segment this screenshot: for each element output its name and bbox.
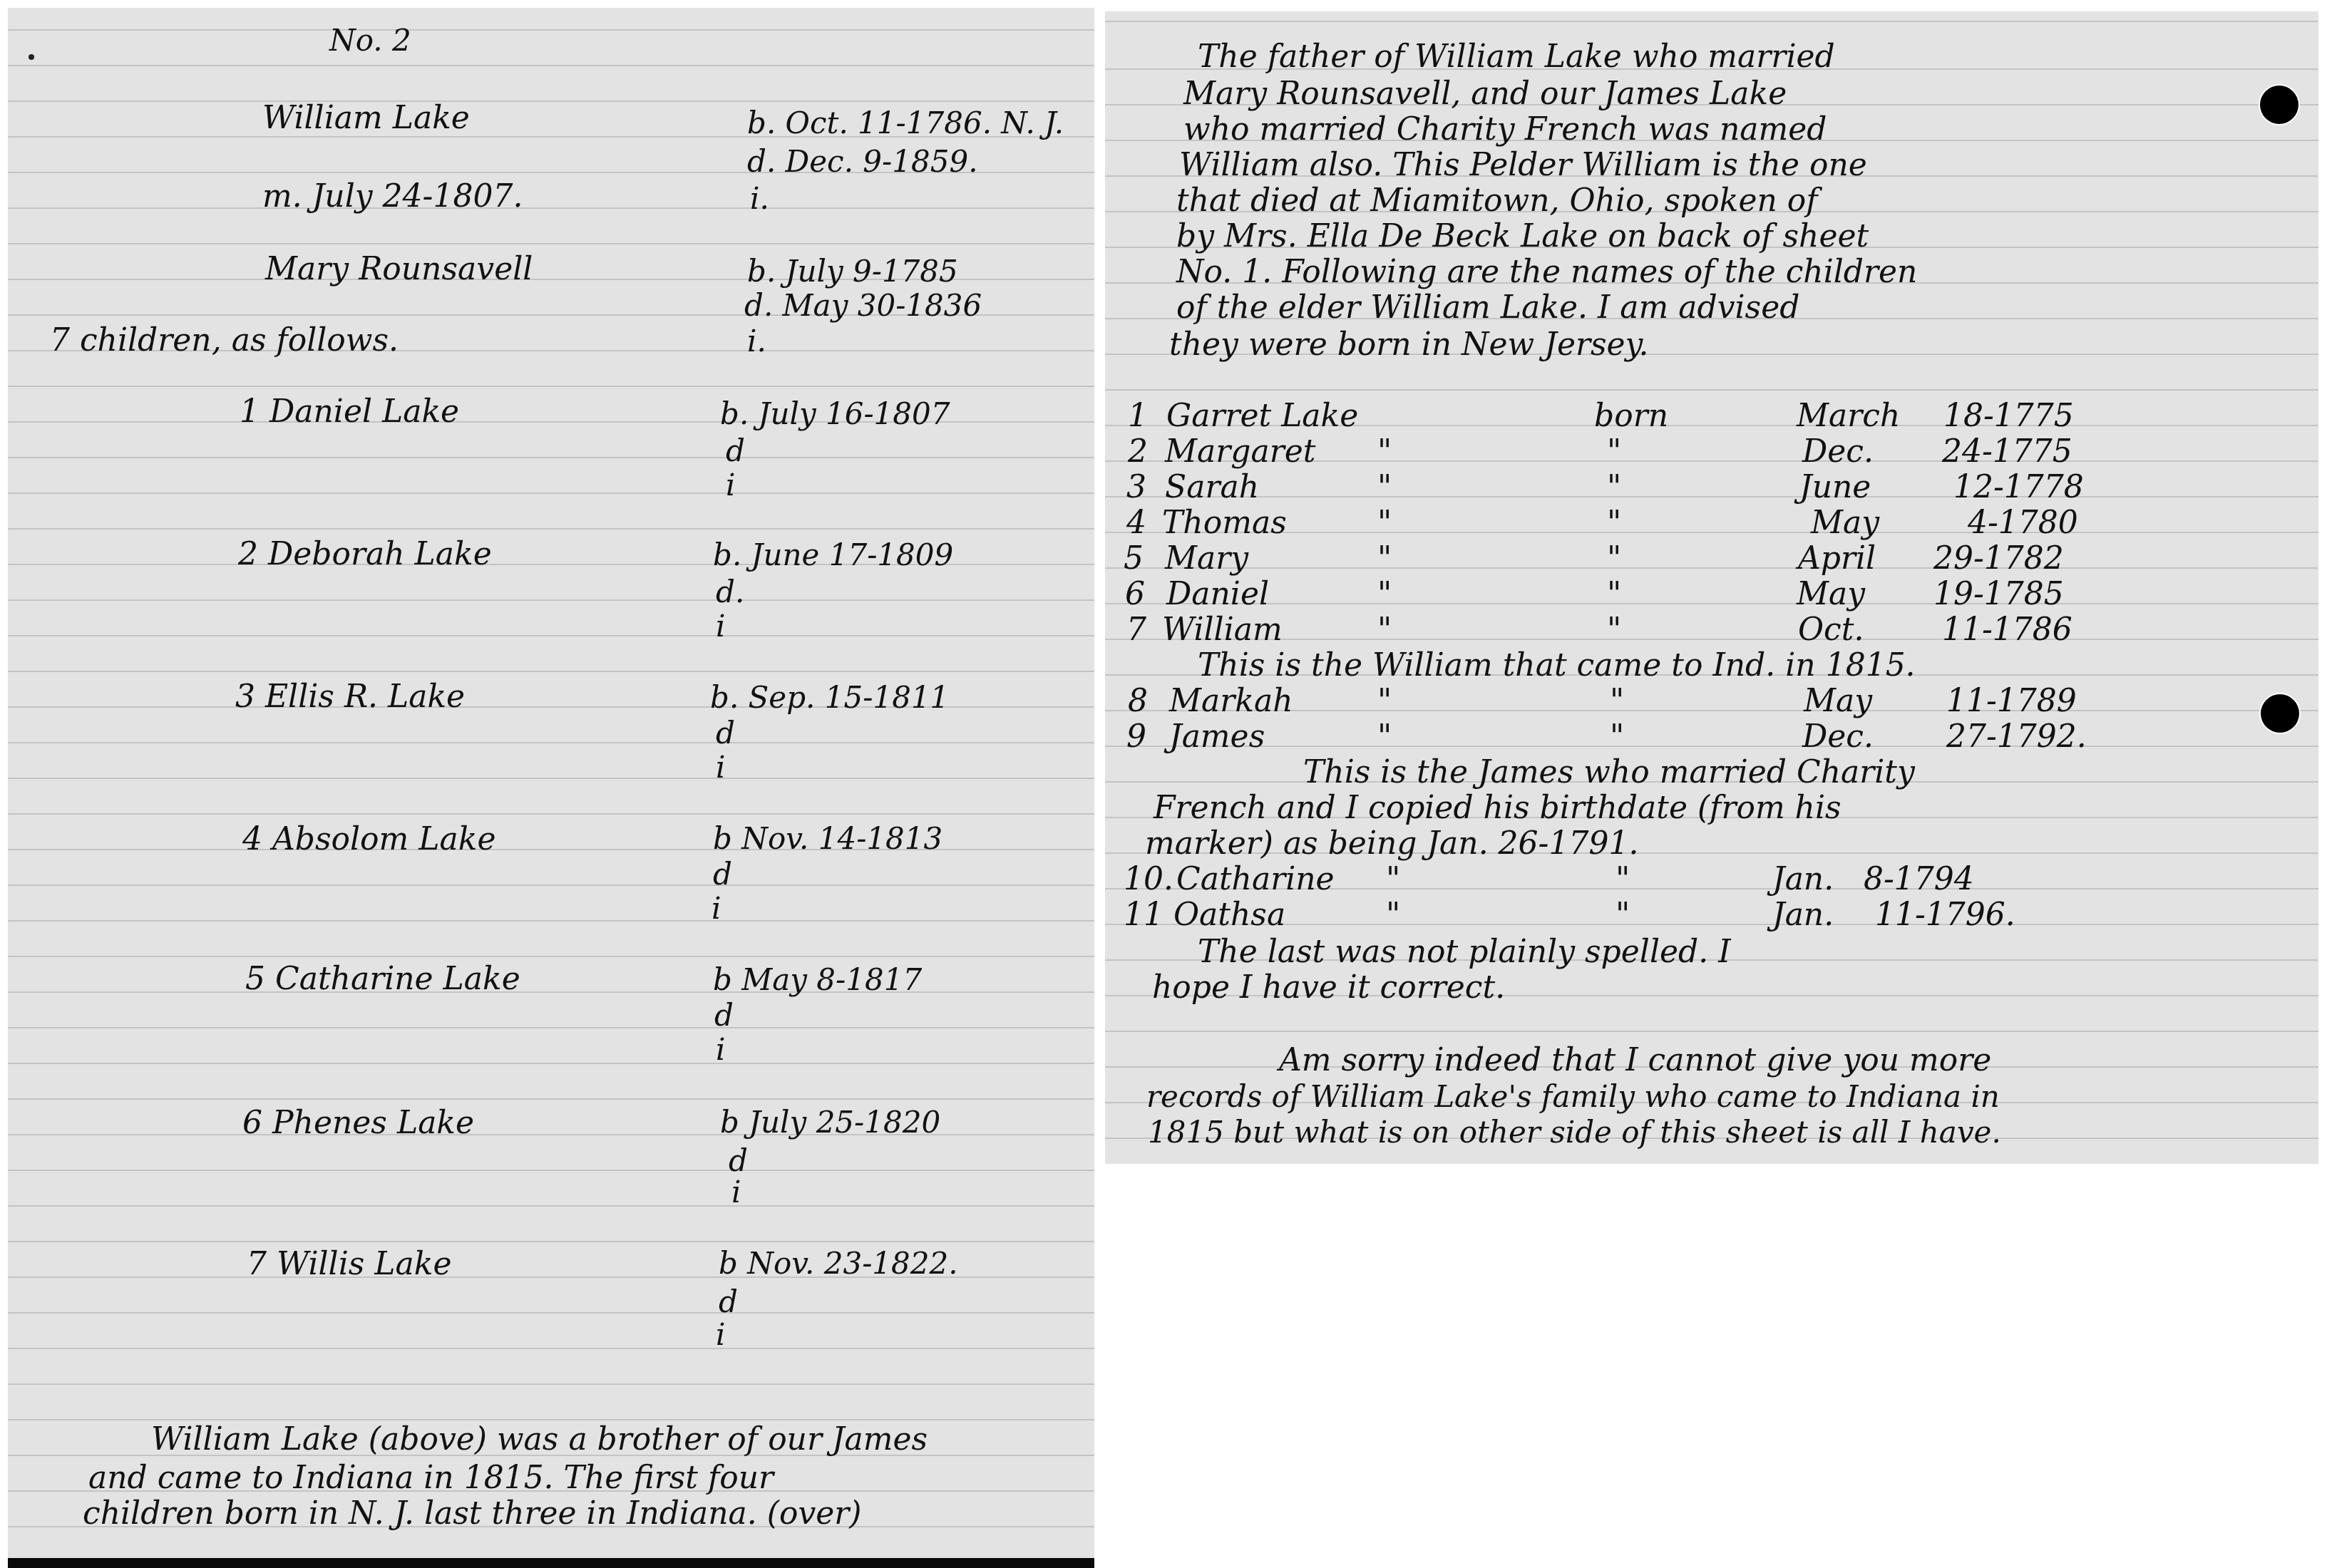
hole-punch-bottom: [2261, 694, 2299, 733]
row-born: ": [1607, 614, 1621, 646]
child-died: d: [729, 1146, 748, 1176]
wife-born: b. July 9-1785: [747, 257, 958, 287]
row-name: Catharine: [1176, 864, 1335, 895]
row-born: ": [1610, 686, 1624, 717]
row-month: May: [1804, 686, 1872, 717]
wife-interred: i.: [747, 326, 766, 356]
child-name: 3 Ellis R. Lake: [235, 681, 465, 713]
row-name: Markah: [1169, 686, 1293, 717]
closing-line: records of William Lake's family who cam…: [1146, 1082, 2000, 1112]
row-date: 11-1796.: [1875, 899, 2015, 931]
row-ditto: ": [1386, 864, 1400, 895]
husband-interred: i.: [750, 184, 769, 214]
husband-born: b. Oct. 11-1786. N. J.: [747, 108, 1064, 138]
row-born: ": [1615, 864, 1630, 895]
row-name: James: [1169, 721, 1265, 753]
child-died: d.: [716, 577, 744, 607]
row-name: Mary: [1165, 543, 1248, 574]
row-ditto: ": [1377, 686, 1392, 717]
row-born: ": [1607, 436, 1621, 468]
row-number: 1: [1128, 401, 1148, 432]
row-month: May: [1811, 507, 1879, 539]
child-died: d: [713, 860, 732, 889]
intro-line: by Mrs. Ella De Beck Lake on back of she…: [1176, 221, 1869, 252]
intro-line: of the elder William Lake. I am advised: [1176, 292, 1799, 324]
note-james-line: marker) as being Jan. 26-1791.: [1145, 828, 1638, 860]
child-name: 5 Catharine Lake: [245, 964, 520, 995]
row-name: Daniel: [1166, 579, 1269, 610]
intro-line: William also. This Pelder William is the…: [1179, 150, 1867, 181]
closing-line: 1815 but what is on other side of this s…: [1148, 1118, 2001, 1147]
row-number: 5: [1124, 543, 1144, 574]
husband-died: d. Dec. 9-1859.: [747, 147, 978, 177]
note-last-line: The last was not plainly spelled. I: [1198, 937, 1731, 968]
child-interred: i: [716, 1320, 725, 1350]
row-date: 4-1780: [1968, 507, 2078, 539]
intro-line: they were born in New Jersey.: [1169, 329, 1649, 361]
row-date: 27-1792.: [1946, 721, 2087, 753]
child-born: b. June 17-1809: [713, 540, 953, 570]
row-date: 11-1789: [1946, 686, 2077, 717]
row-name: Garret Lake: [1166, 401, 1358, 432]
row-number: 4: [1126, 507, 1146, 539]
child-died: d: [726, 436, 745, 466]
child-died: d: [716, 718, 735, 748]
row-born: ": [1607, 507, 1621, 539]
row-date: 11-1786: [1942, 614, 2072, 646]
row-date: 8-1794: [1864, 864, 1974, 895]
row-date: 18-1775: [1943, 401, 2074, 432]
row-number: 9: [1126, 721, 1146, 753]
row-name: Margaret: [1165, 436, 1315, 468]
row-name: Oathsa: [1173, 899, 1285, 931]
wife-name: Mary Rounsavell: [265, 254, 533, 285]
row-month: April: [1798, 543, 1876, 574]
child-born: b. Sep. 15-1811: [710, 683, 949, 713]
row-born: ": [1607, 579, 1621, 610]
row-name: William: [1162, 614, 1283, 646]
ink-speck: [29, 54, 34, 60]
row-number: 8: [1128, 686, 1148, 717]
hole-punch-top: [2260, 86, 2298, 124]
child-name: 6 Phenes Lake: [242, 1108, 474, 1139]
note-james-line: French and I copied his birthdate (from …: [1154, 793, 1841, 824]
left-page-sheet-no-2: [8, 8, 1094, 1558]
row-ditto: ": [1377, 436, 1392, 468]
child-born: b Nov. 14-1813: [713, 824, 942, 854]
child-interred: i: [716, 1035, 725, 1065]
row-number: 3: [1126, 472, 1146, 503]
row-ditto: ": [1377, 507, 1392, 539]
child-interred: i: [726, 470, 735, 500]
row-month: Jan.: [1772, 899, 1834, 931]
row-number: 2: [1128, 436, 1148, 468]
row-born: ": [1615, 899, 1630, 931]
closing-line: Am sorry indeed that I cannot give you m…: [1279, 1045, 1991, 1076]
row-name: Thomas: [1162, 507, 1287, 539]
footnote-line: William Lake (above) was a brother of ou…: [151, 1424, 928, 1455]
intro-line: that died at Miamitown, Ohio, spoken of: [1176, 185, 1818, 217]
child-interred: i: [731, 1177, 741, 1207]
row-month: May: [1797, 579, 1865, 610]
row-number: 7: [1126, 614, 1146, 646]
child-interred: i: [716, 753, 725, 783]
row-ditto: ": [1377, 472, 1392, 503]
row-born: ": [1607, 543, 1621, 574]
row-month: Jan.: [1772, 864, 1834, 895]
child-born: b July 25-1820: [720, 1108, 940, 1138]
intro-line: Mary Rounsavell, and our James Lake: [1183, 78, 1787, 110]
row-month: March: [1797, 401, 1900, 432]
footnote-line: and came to Indiana in 1815. The first f…: [88, 1463, 774, 1494]
row-date: 24-1775: [1942, 436, 2072, 468]
row-number: 10.: [1124, 864, 1173, 895]
child-interred: i: [712, 894, 721, 924]
row-born: ": [1607, 472, 1621, 503]
marriage-date: m. July 24-1807.: [262, 181, 523, 212]
child-name: 1 Daniel Lake: [240, 396, 459, 428]
footnote-line: children born in N. J. last three in Ind…: [83, 1498, 862, 1530]
row-month: Dec.: [1802, 721, 1874, 753]
row-date: 12-1778: [1953, 472, 2084, 503]
wife-died: d. May 30-1836: [744, 291, 982, 321]
child-name: 7 Willis Lake: [247, 1249, 451, 1280]
child-died: d: [719, 1287, 738, 1317]
row-ditto: ": [1386, 899, 1400, 931]
sheet-number: No. 2: [329, 26, 411, 56]
row-born: ": [1610, 721, 1624, 753]
husband-name: William Lake: [262, 103, 470, 134]
child-interred: i: [716, 612, 725, 641]
row-month: June: [1799, 472, 1871, 503]
intro-line: The father of William Lake who married: [1198, 41, 1835, 73]
intro-line: No. 1. Following are the names of the ch…: [1176, 257, 1917, 288]
left-page-bottom-border: [8, 1558, 1094, 1568]
row-month: Dec.: [1802, 436, 1874, 468]
row-ditto: ": [1377, 579, 1392, 610]
row-born: born: [1594, 401, 1668, 432]
children-intro: 7 children, as follows.: [50, 325, 399, 356]
child-born: b Nov. 23-1822.: [719, 1249, 958, 1279]
note-james-line: This is the James who married Charity: [1303, 757, 1915, 788]
note-william: This is the William that came to Ind. in…: [1198, 650, 1916, 681]
row-month: Oct.: [1798, 614, 1864, 646]
child-name: 4 Absolom Lake: [242, 824, 495, 855]
row-ditto: ": [1377, 543, 1392, 574]
child-died: d: [714, 1001, 734, 1031]
row-date: 19-1785: [1933, 579, 2064, 610]
row-number: 11: [1124, 899, 1163, 931]
child-born: b May 8-1817: [713, 965, 922, 995]
intro-line: who married Charity French was named: [1183, 114, 1827, 145]
row-name: Sarah: [1165, 472, 1259, 503]
row-date: 29-1782: [1933, 543, 2064, 574]
child-name: 2 Deborah Lake: [238, 539, 492, 570]
row-ditto: ": [1377, 721, 1392, 753]
note-last-line: hope I have it correct.: [1152, 972, 1505, 1004]
row-ditto: ": [1377, 614, 1392, 646]
child-born: b. July 16-1807: [720, 399, 950, 429]
row-number: 6: [1125, 579, 1145, 610]
